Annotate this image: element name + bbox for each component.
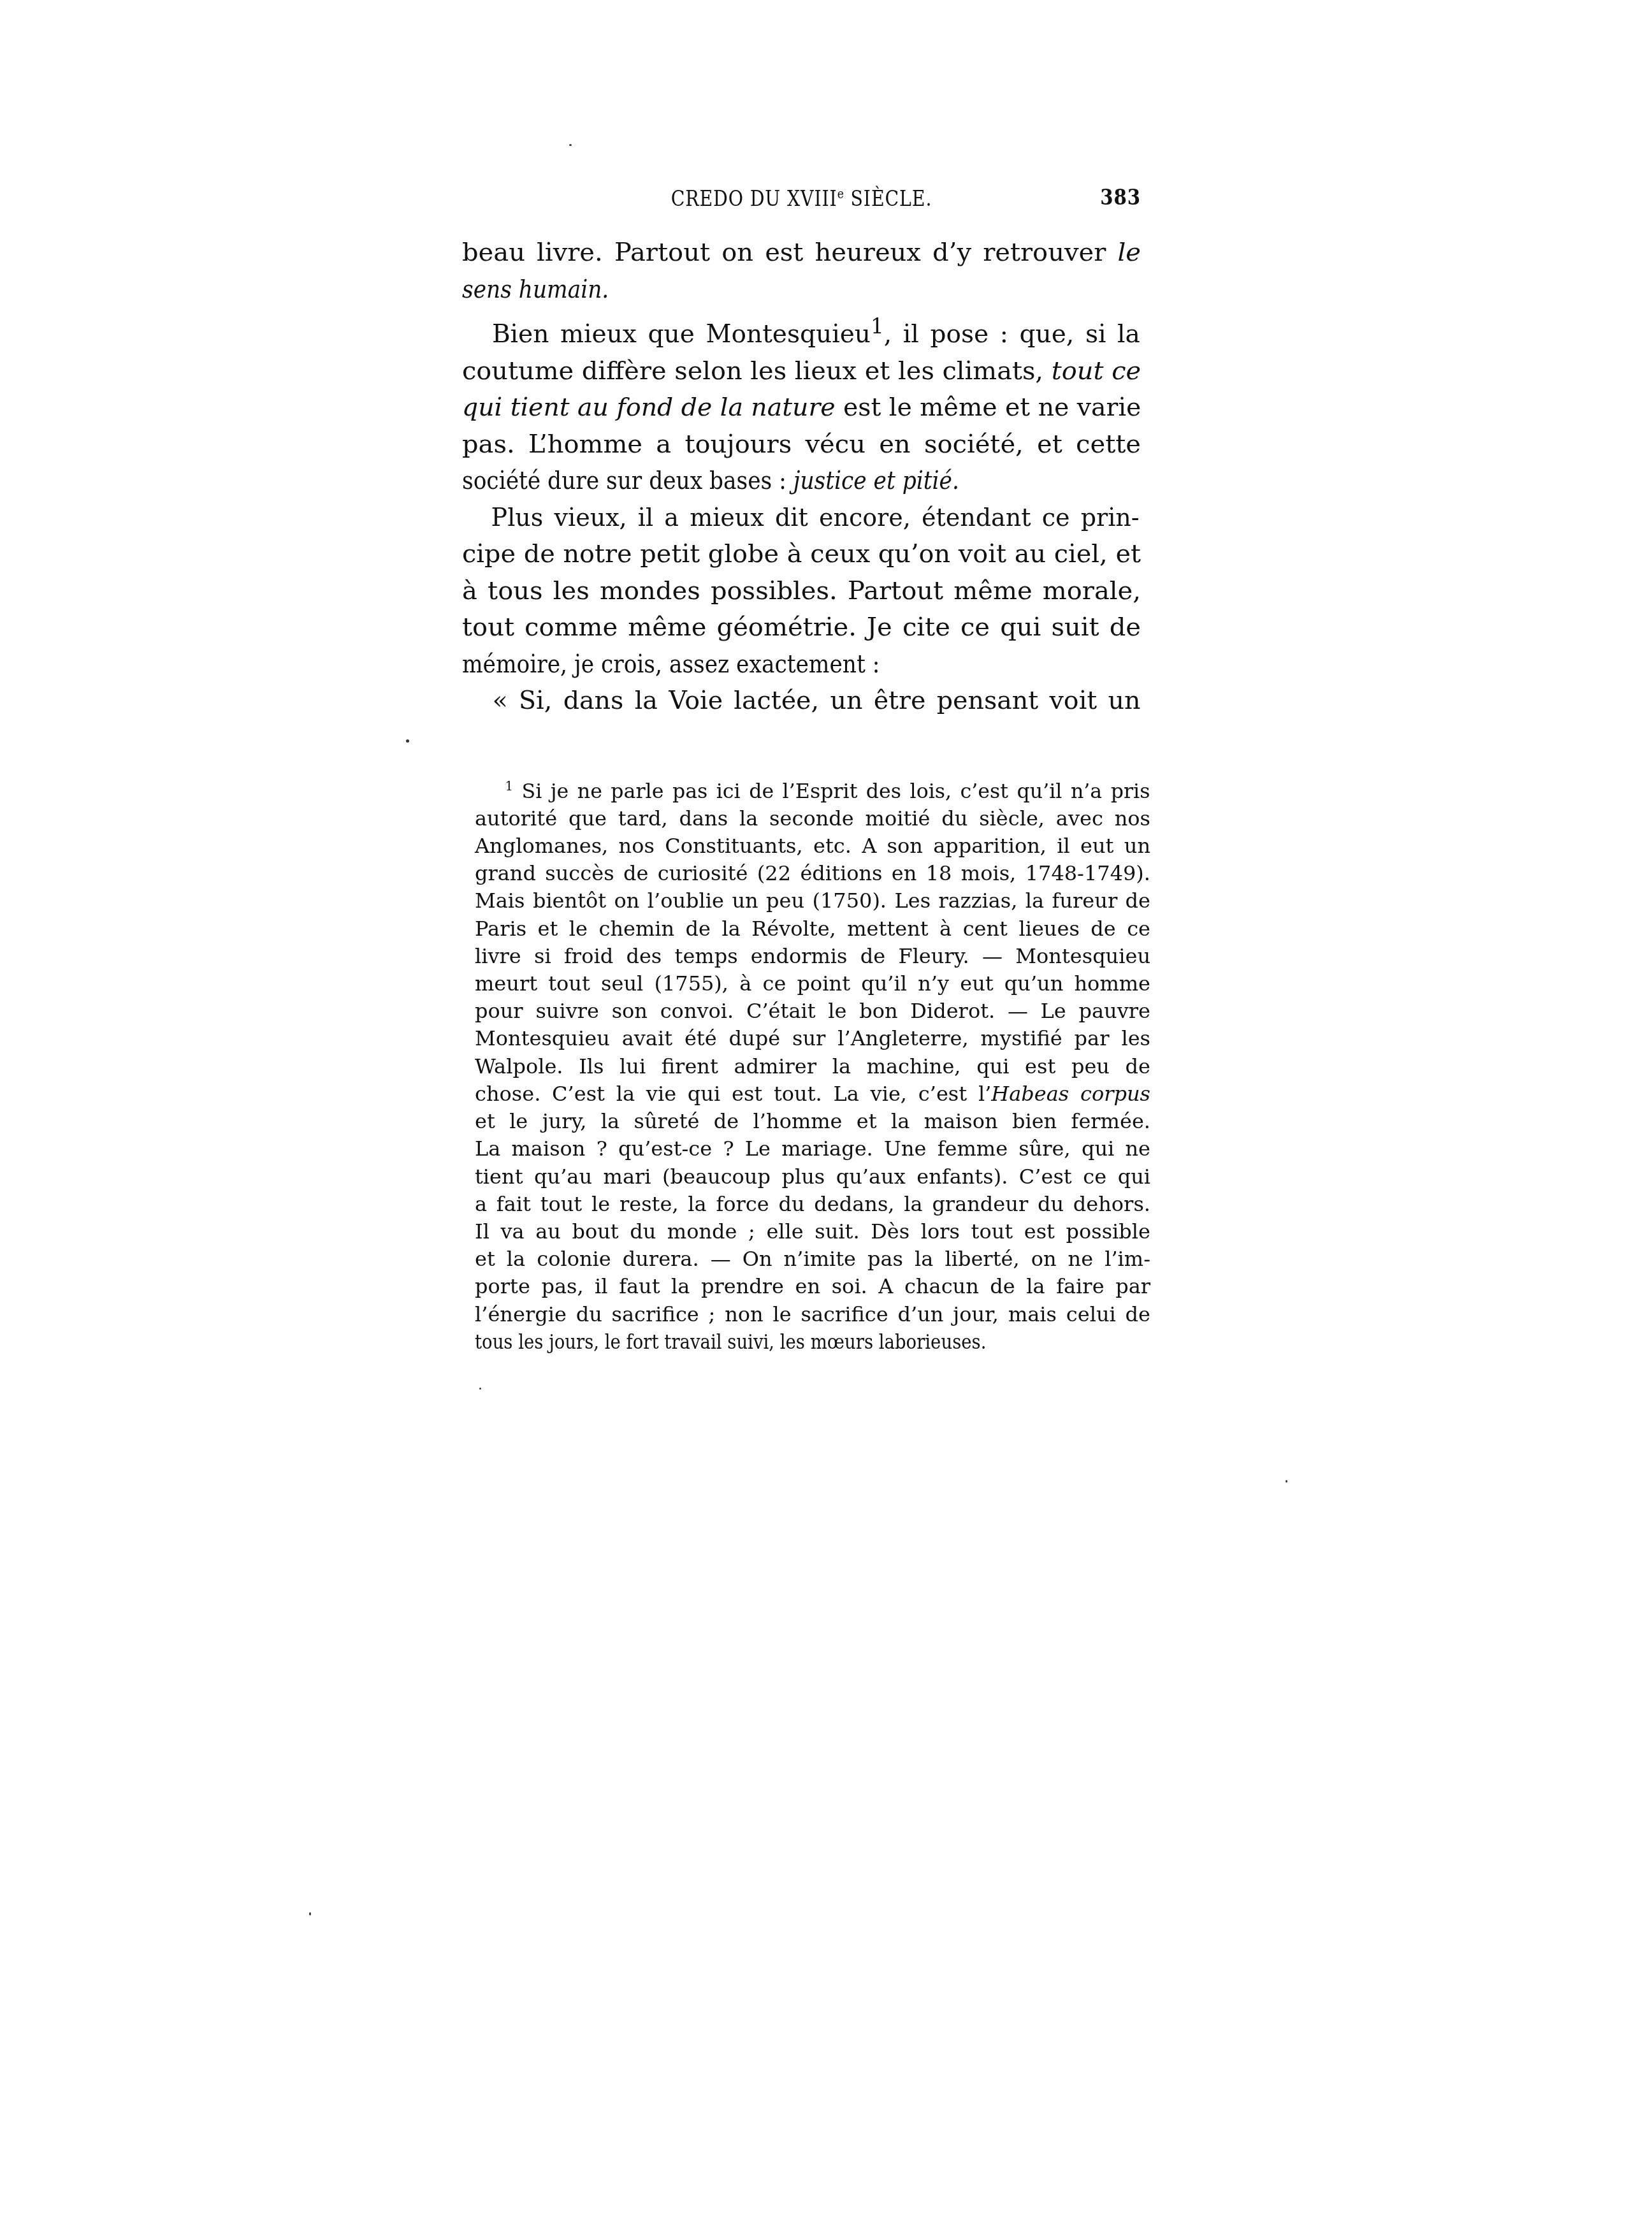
footnote-line: tient qu’au mari (beaucoup plus qu’aux e… xyxy=(475,1163,1150,1191)
footnote-line: Mais bientôt on l’oublie un peu (1750). … xyxy=(475,887,1150,915)
footnote-line: l’énergie du sacrifice ; non le sacrific… xyxy=(475,1301,1150,1328)
text-line: qui tient au fond de la nature est le mê… xyxy=(462,389,1141,426)
text-line: cipe de notre petit globe à ceux qu’on v… xyxy=(462,536,1141,573)
text-line: « Si, dans la Voie lactée, un être pensa… xyxy=(462,683,1140,720)
main-text: beau livre. Partout on est heureux d’y r… xyxy=(462,235,1141,720)
footnote-line: tous les jours, le fort travail suivi, l… xyxy=(475,1328,1150,1356)
text-line: Plus vieux, il a mieux dit encore, étend… xyxy=(462,500,1140,537)
text-line: coutume diffère selon les lieux et les c… xyxy=(462,353,1141,390)
footnote-line: a fait tout le reste, la force du dedans… xyxy=(475,1191,1150,1218)
chapter-title-superscript: e xyxy=(837,186,844,201)
chapter-title-text: CREDO DU XVIII xyxy=(671,186,837,211)
scan-speck xyxy=(569,144,572,146)
footnote-line: porte pas, il faut la prendre en soi. A … xyxy=(475,1273,1150,1300)
footnote-line: et la colonie durera. — On n’imite pas l… xyxy=(475,1245,1150,1273)
text-line: Bien mieux que Montesquieu1, il pose : q… xyxy=(462,308,1140,353)
chapter-title-suffix: SIÈCLE. xyxy=(844,186,932,211)
text-line: sens humain. xyxy=(462,272,1141,309)
scan-speck xyxy=(479,1388,481,1390)
footnote-line: pour suivre son convoi. C’était le bon D… xyxy=(475,998,1150,1025)
text-line: à tous les mondes possibles. Partout mêm… xyxy=(462,573,1141,610)
footnote-line: Anglomanes, nos Constituants, etc. A son… xyxy=(475,832,1150,860)
footnote-line: et le jury, la sûreté de l’homme et la m… xyxy=(475,1108,1150,1135)
running-head: CREDO DU XVIIIe SIÈCLE. 383 xyxy=(462,180,1141,218)
footnote-line: Paris et le chemin de la Révolte, metten… xyxy=(475,915,1150,943)
scan-speck xyxy=(1286,1480,1287,1483)
text-line: tout comme même géométrie. Je cite ce qu… xyxy=(462,609,1141,646)
text-line: mémoire, je crois, assez exactement : xyxy=(462,646,1141,683)
footnote-line: Walpole. Ils lui firent admirer la machi… xyxy=(475,1053,1150,1080)
book-page: CREDO DU XVIIIe SIÈCLE. 383 beau livre. … xyxy=(0,0,1652,2236)
text-line: beau livre. Partout on est heureux d’y r… xyxy=(462,235,1141,272)
footnote: 1 Si je ne parle pas ici de l’Esprit des… xyxy=(475,773,1150,1356)
footnote-line: 1 Si je ne parle pas ici de l’Esprit des… xyxy=(475,773,1150,805)
footnote-line: livre si froid des temps endormis de Fle… xyxy=(475,943,1150,970)
footnote-line: Il va au bout du monde ; elle suit. Dès … xyxy=(475,1218,1150,1245)
footnote-line: autorité que tard, dans la seconde moiti… xyxy=(475,805,1150,832)
text-line: société dure sur deux bases : justice et… xyxy=(462,463,1141,500)
footnote-line: meurt tout seul (1755), à ce point qu’il… xyxy=(475,970,1150,998)
footnote-line: La maison ? qu’est-ce ? Le mariage. Une … xyxy=(475,1135,1150,1163)
footnote-line: chose. C’est la vie qui est tout. La vie… xyxy=(475,1080,1150,1108)
scan-speck xyxy=(406,739,409,743)
footnote-line: Montesquieu avait été dupé sur l’Anglete… xyxy=(475,1025,1150,1052)
footnote-line: grand succès de curiosité (22 éditions e… xyxy=(475,860,1150,887)
text-line: pas. L’homme a toujours vécu en société,… xyxy=(462,426,1141,463)
scan-speck xyxy=(309,1912,311,1915)
chapter-title: CREDO DU XVIIIe SIÈCLE. xyxy=(510,186,1094,211)
page-number: 383 xyxy=(1100,185,1141,210)
